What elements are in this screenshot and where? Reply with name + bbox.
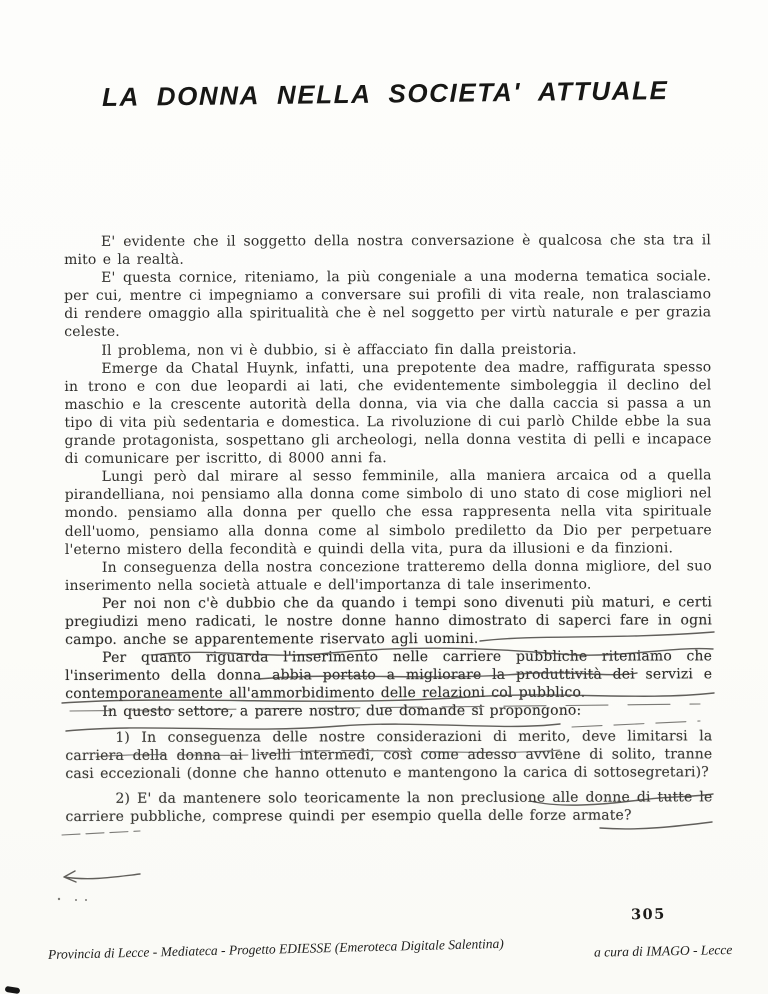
- body-paragraph: Il problema, non vi è dubbio, si è affac…: [64, 340, 711, 360]
- body-paragraph: In questo settore, a parere nostro, due …: [65, 702, 712, 722]
- question-item: 2) E' da mantenere solo teoricamente la …: [65, 788, 712, 826]
- footer-left: Provincia di Lecce - Mediateca - Progett…: [48, 936, 504, 963]
- body-paragraph: Per noi non c'è dubbio che da quando i t…: [65, 593, 712, 649]
- scan-artifact-blob: [5, 986, 21, 994]
- question-item: 1) In conseguenza delle nostre considera…: [65, 727, 712, 783]
- body-paragraph: E' questa cornice, riteniamo, la più con…: [64, 267, 711, 341]
- body-text-block: E' evidente che il soggetto della nostra…: [64, 231, 713, 826]
- footer-right: a cura di IMAGO - Lecce: [594, 942, 733, 961]
- page-title: LA DONNA NELLA SOCIETA' ATTUALE: [102, 75, 669, 113]
- body-paragraph: In conseguenza della nostra concezione t…: [65, 557, 712, 595]
- body-paragraph: Lungi però dal mirare al sesso femminile…: [65, 467, 712, 559]
- body-paragraph: Per quanto riguarda l'inserimento nelle …: [65, 647, 712, 703]
- body-paragraph: Emerge da Chatal Huynk, infatti, una pre…: [64, 358, 711, 468]
- body-paragraph: E' evidente che il soggetto della nostra…: [64, 231, 711, 269]
- page-number: 305: [631, 906, 666, 924]
- document-page: LA DONNA NELLA SOCIETA' ATTUALE E' evide…: [0, 0, 768, 994]
